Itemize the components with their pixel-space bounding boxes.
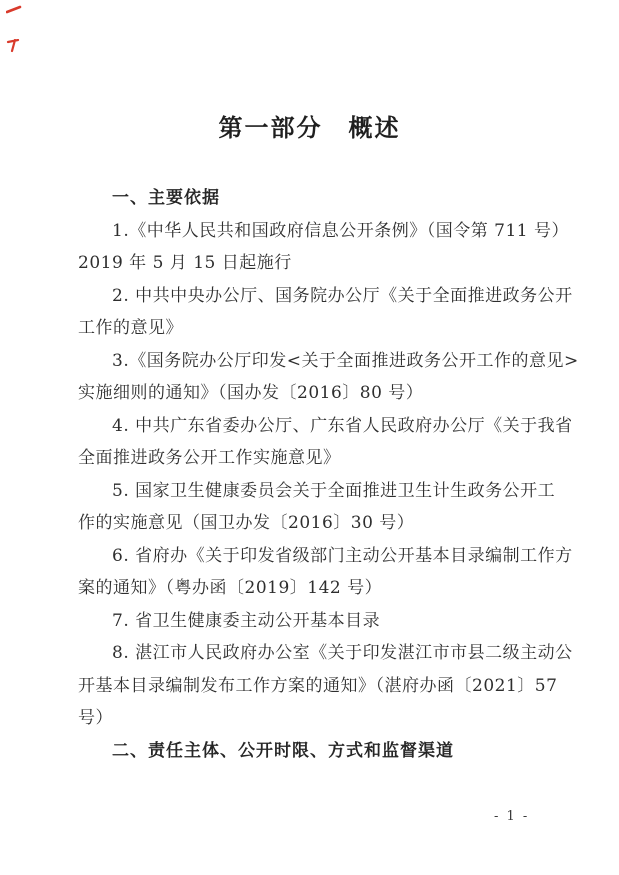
document-line: 3.《国务院办公厅印发<关于全面推进政务公开工作的意见> [78, 345, 548, 378]
section-heading-main-basis: 一、主要依据 [78, 182, 548, 215]
document-line: 2. 中共中央办公厅、国务院办公厅《关于全面推进政务公开 [78, 280, 548, 313]
document-line: 6. 省府办《关于印发省级部门主动公开基本目录编制工作方 [78, 540, 548, 573]
page-title: 第一部分 概述 [0, 108, 619, 143]
document-line: 1.《中华人民共和国政府信息公开条例》（国令第 711 号） [78, 215, 548, 248]
document-line: 5. 国家卫生健康委员会关于全面推进卫生计生政务公开工 [78, 475, 548, 508]
document-line: 7. 省卫生健康委主动公开基本目录 [78, 605, 548, 638]
document-line: 4. 中共广东省委办公厅、广东省人民政府办公厅《关于我省 [78, 410, 548, 443]
document-line: 全面推进政务公开工作实施意见》 [78, 442, 548, 475]
document-line: 工作的意见》 [78, 312, 548, 345]
red-pen-mark-icon [6, 39, 22, 53]
red-pen-mark-icon [6, 4, 24, 16]
document-page: 第一部分 概述 一、主要依据 1.《中华人民共和国政府信息公开条例》（国令第 7… [0, 0, 619, 875]
document-line: 作的实施意见（国卫办发〔2016〕30 号） [78, 507, 548, 540]
document-line: 开基本目录编制发布工作方案的通知》（湛府办函〔2021〕57 [78, 670, 548, 703]
section-heading-responsibility: 二、责任主体、公开时限、方式和监督渠道 [78, 735, 548, 768]
document-line: 号） [78, 702, 548, 735]
document-line: 2019 年 5 月 15 日起施行 [78, 247, 548, 280]
document-line: 8. 湛江市人民政府办公室《关于印发湛江市市县二级主动公 [78, 637, 548, 670]
page-number: - 1 - [494, 809, 529, 824]
document-body: 一、主要依据 1.《中华人民共和国政府信息公开条例》（国令第 711 号） 20… [78, 182, 548, 767]
document-line: 实施细则的通知》（国办发〔2016〕80 号） [78, 377, 548, 410]
document-line: 案的通知》（粤办函〔2019〕142 号） [78, 572, 548, 605]
